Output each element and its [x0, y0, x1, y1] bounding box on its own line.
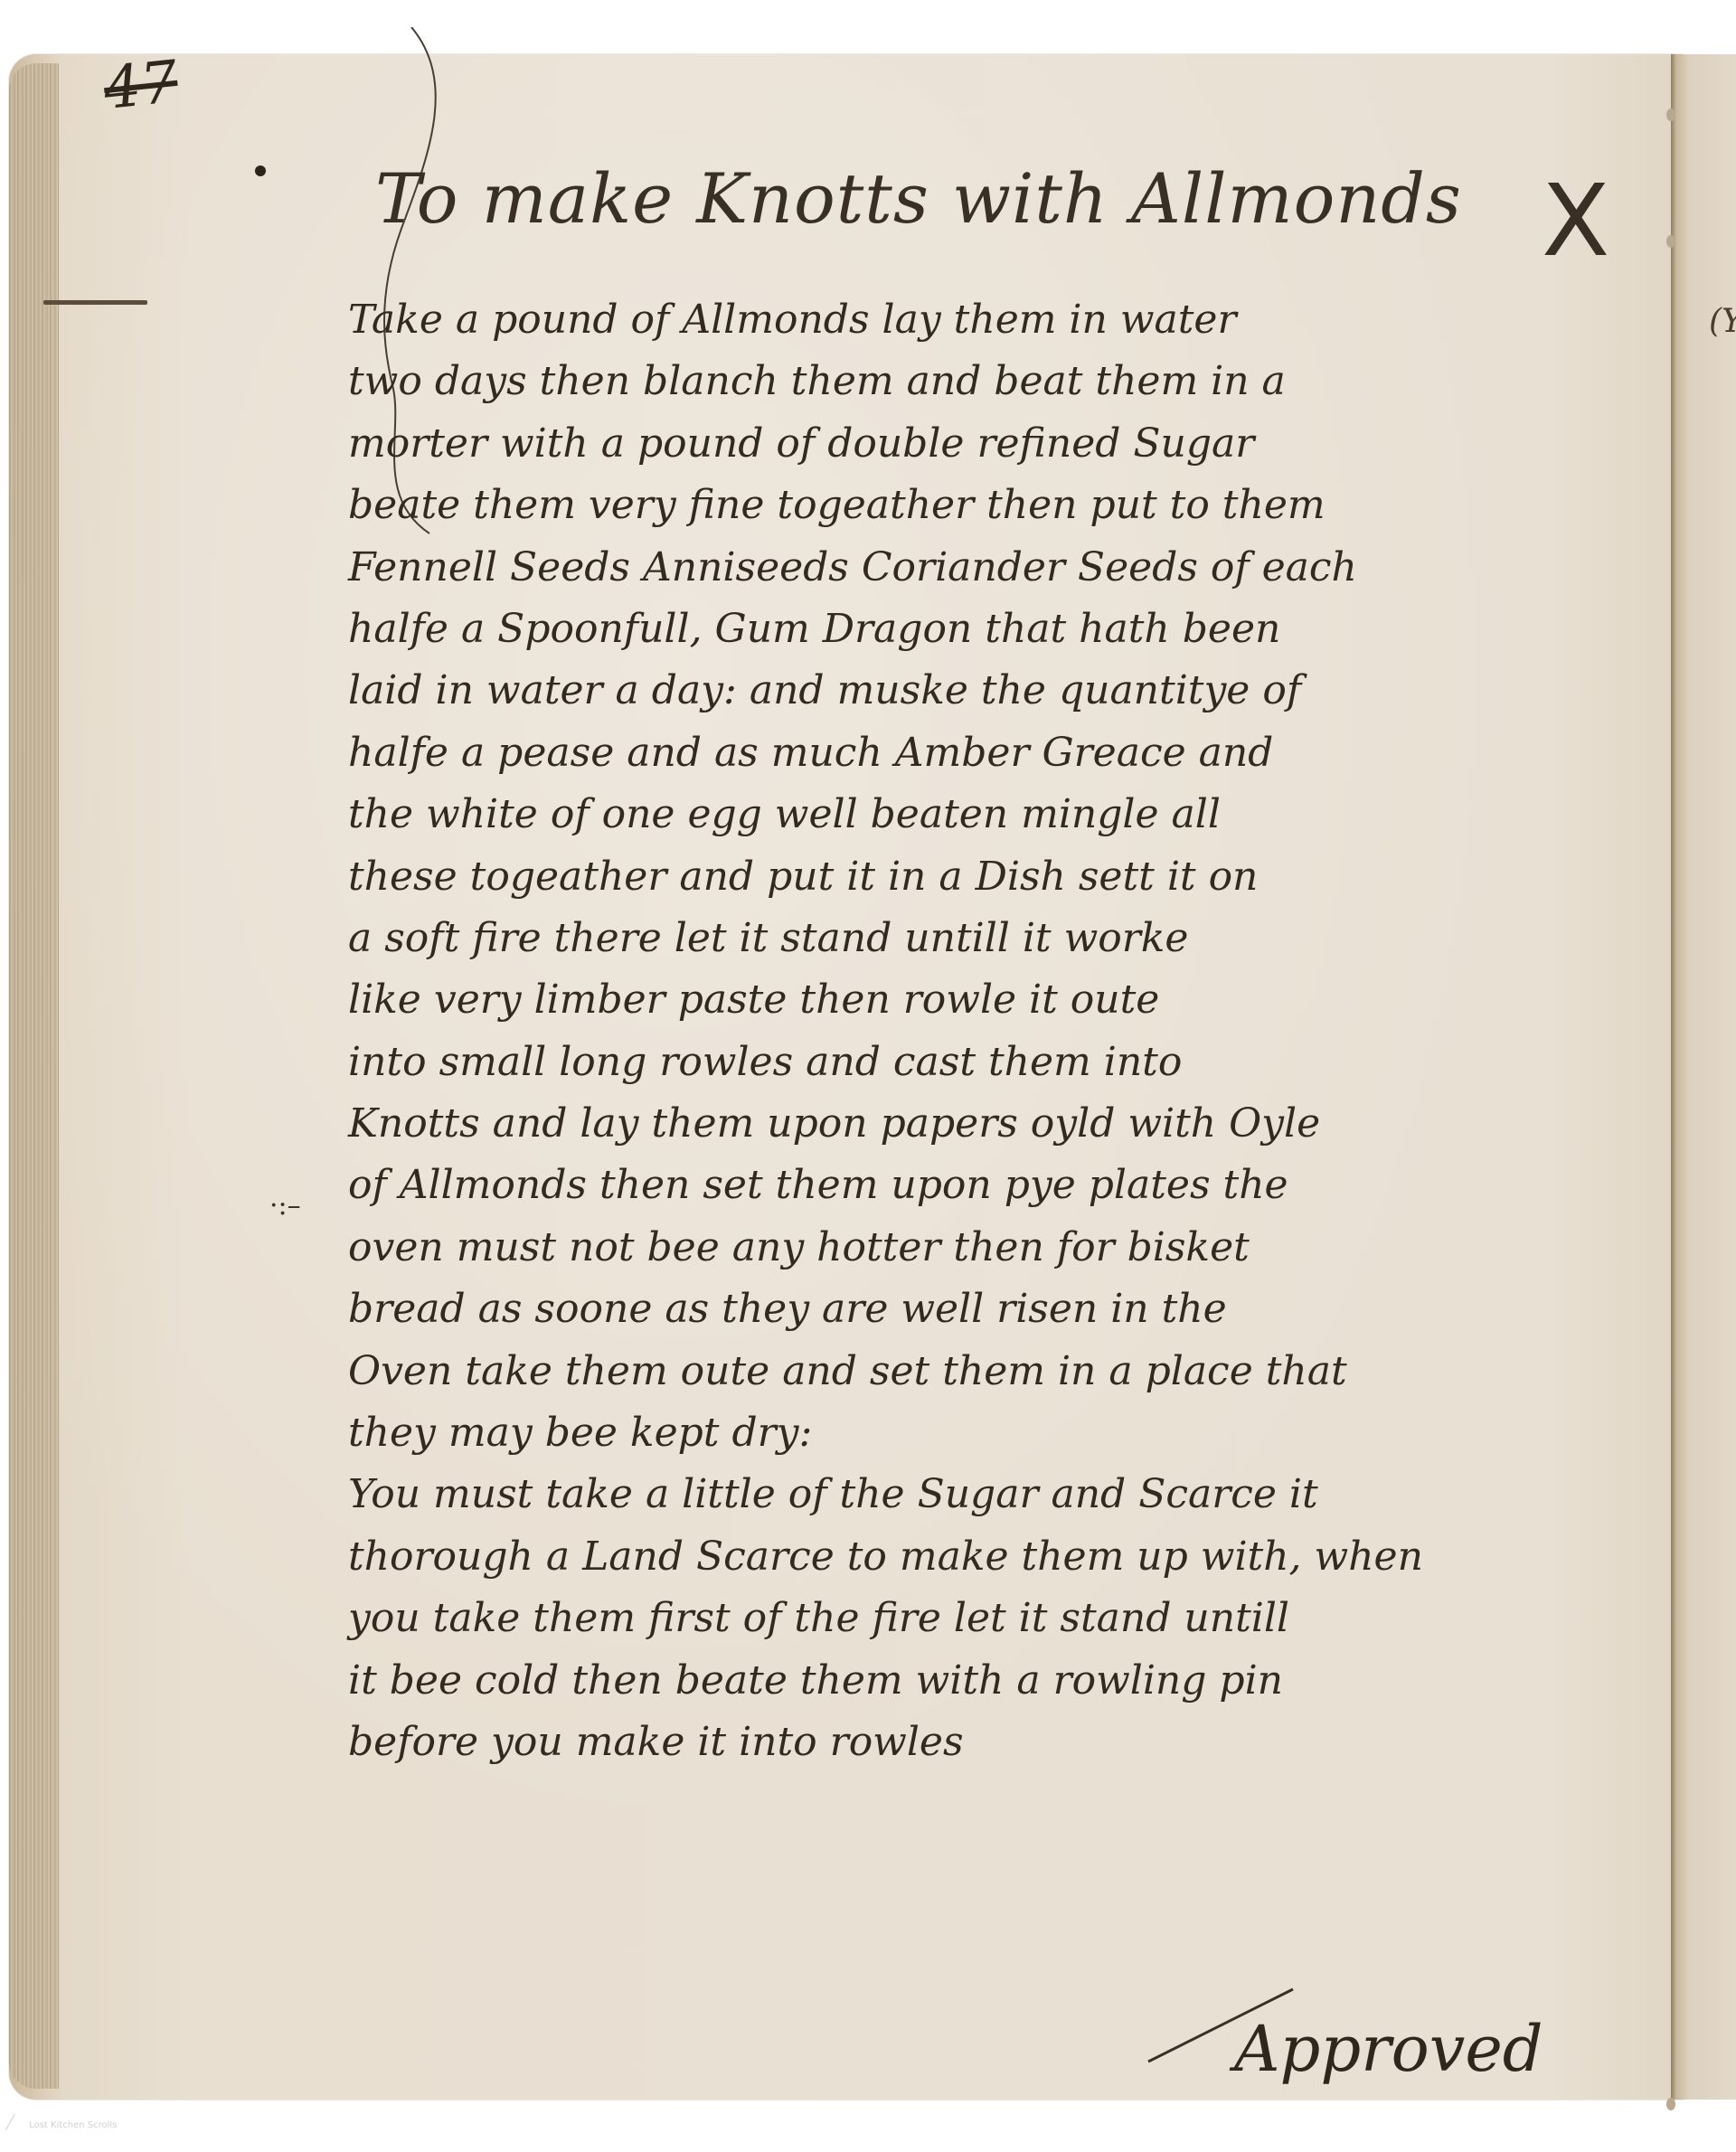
- facing-page-fragment: (Y: [1709, 303, 1736, 340]
- x-mark: X: [1542, 163, 1609, 278]
- approved-signoff: Approved: [1234, 2012, 1543, 2086]
- text-line: Knotts and lay them upon papers oyld wit…: [348, 1093, 1605, 1155]
- text-line: a soft fire there let it stand untill it…: [348, 908, 1605, 969]
- text-line: it bee cold then beate them with a rowli…: [348, 1650, 1605, 1712]
- text-line: before you make it into rowles: [348, 1712, 1605, 1773]
- text-line: like very limber paste then rowle it out…: [348, 969, 1605, 1031]
- text-line: beate them very fine togeather then put …: [348, 475, 1605, 536]
- quill-icon: [5, 2114, 24, 2136]
- text-line: halfe a Spoonfull, Gum Dragon that hath …: [348, 599, 1605, 660]
- text-line: Fennell Seeds Anniseeds Coriander Seeds …: [348, 537, 1605, 599]
- text-line: thorough a Land Scarce to make them up w…: [348, 1526, 1605, 1588]
- page-edges: [9, 63, 59, 2089]
- text-line: You must take a little of the Sugar and …: [348, 1464, 1605, 1525]
- binding-stitch: [1666, 235, 1675, 248]
- text-line: these togeather and put it in a Dish set…: [348, 846, 1605, 908]
- text-line: bread as soone as they are well risen in…: [348, 1279, 1605, 1340]
- margin-dash: [43, 300, 147, 305]
- text-line: laid in water a day: and muske the quant…: [348, 660, 1605, 722]
- recipe-body: Take a pound of Allmonds lay them in wat…: [348, 289, 1605, 1773]
- text-line: morter with a pound of double refined Su…: [348, 413, 1605, 475]
- margin-mark: ·:–: [269, 1190, 301, 1222]
- watermark-text: Lost Kitchen Scrolls: [29, 2120, 117, 2130]
- text-line: you take them first of the fire let it s…: [348, 1588, 1605, 1649]
- text-line: they may bee kept dry:: [348, 1402, 1605, 1464]
- binding-stitch: [1666, 2098, 1675, 2110]
- ink-dot: [255, 165, 266, 176]
- recipe-title: To make Knotts with Allmonds: [375, 158, 1462, 239]
- text-line: Oven take them oute and set them in a pl…: [348, 1341, 1605, 1402]
- text-line: two days then blanch them and beat them …: [348, 351, 1605, 412]
- book-gutter: [1671, 54, 1736, 2100]
- folio-number: 47: [100, 49, 181, 123]
- text-line: oven must not bee any hotter then for bi…: [348, 1217, 1605, 1279]
- text-line: of Allmonds then set them upon pye plate…: [348, 1155, 1605, 1216]
- text-line: into small long rowles and cast them int…: [348, 1032, 1605, 1093]
- text-line: the white of one egg well beaten mingle …: [348, 784, 1605, 845]
- text-line: halfe a pease and as much Amber Greace a…: [348, 722, 1605, 784]
- text-line: Take a pound of Allmonds lay them in wat…: [348, 289, 1605, 351]
- watermark: Lost Kitchen Scrolls: [9, 2116, 117, 2134]
- binding-stitch: [1666, 109, 1675, 121]
